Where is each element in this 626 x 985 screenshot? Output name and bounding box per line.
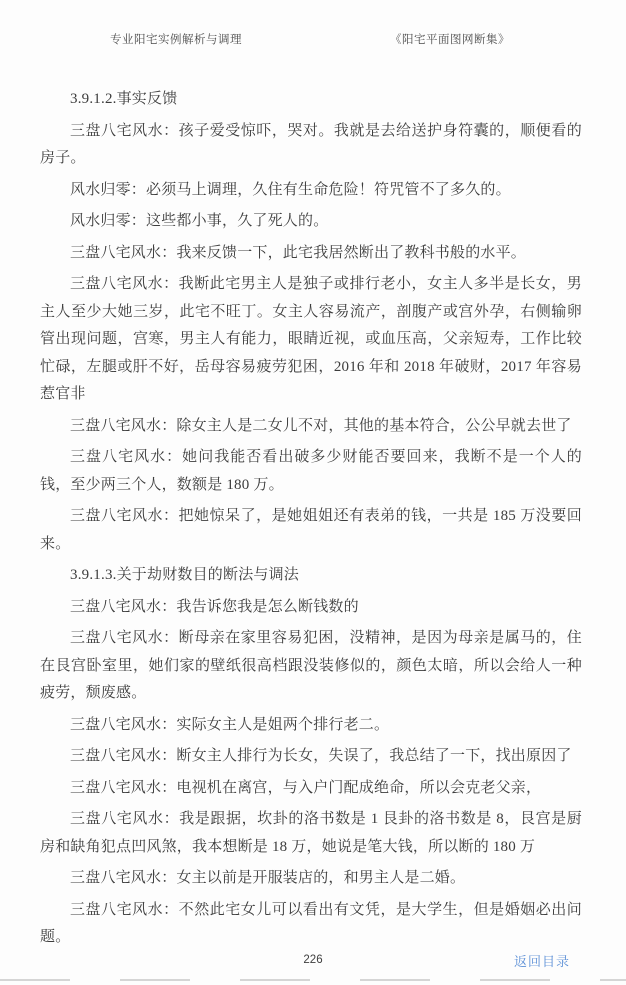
- page-header: 专业阳宅实例解析与调理 《阳宅平面图网断集》: [0, 31, 626, 47]
- section-heading-3-9-1-3: 3.9.1.3.关于劫财数目的断法与调法: [40, 562, 582, 590]
- paragraph: 风水归零：必须马上调理，久住有生命危险！符咒管不了多久的。: [40, 177, 582, 205]
- document-body: 3.9.1.2.事实反馈 三盘八宅风水：孩子爱受惊吓，哭对。我就是去给送护身符囊…: [40, 86, 582, 956]
- paragraph: 三盘八宅风水：我告诉您我是怎么断钱数的: [40, 594, 582, 622]
- paragraph: 三盘八宅风水：电视机在离宫，与入户门配成绝命，所以会克老父亲，: [40, 775, 582, 803]
- paragraph: 三盘八宅风水：不然此宅女儿可以看出有文凭，是大学生，但是婚姻必出问题。: [40, 897, 582, 952]
- back-to-toc-link[interactable]: 返回目录: [514, 951, 570, 970]
- paragraph: 三盘八宅风水：我来反馈一下，此宅我居然断出了教科书般的水平。: [40, 240, 582, 268]
- paragraph: 三盘八宅风水：我是跟据，坎卦的洛书数是 1 艮卦的洛书数是 8，艮宫是厨房和缺角…: [40, 806, 582, 861]
- paragraph: 三盘八宅风水：把她惊呆了，是她姐姐还有表弟的钱，一共是 185 万没要回来。: [40, 503, 582, 558]
- paragraph: 三盘八宅风水：实际女主人是姐两个排行老二。: [40, 712, 582, 740]
- paragraph: 风水归零：这些都小事，久了死人的。: [40, 208, 582, 236]
- paragraph: 三盘八宅风水：断女主人排行为长女，失误了，我总结了一下，找出原因了: [40, 743, 582, 771]
- paragraph: 三盘八宅风水：除女主人是二女儿不对，其他的基本符合，公公早就去世了: [40, 413, 582, 441]
- paragraph: 三盘八宅风水：她问我能否看出破多少财能否要回来，我断不是一个人的钱，至少两三个人…: [40, 444, 582, 499]
- section-heading-3-9-1-2: 3.9.1.2.事实反馈: [40, 86, 582, 114]
- paragraph: 三盘八宅风水：女主以前是开服装店的，和男主人是二婚。: [40, 865, 582, 893]
- paragraph: 三盘八宅风水：孩子爱受惊吓，哭对。我就是去给送护身符囊的，顺便看的房子。: [40, 118, 582, 173]
- header-right-title: 《阳宅平面图网断集》: [390, 31, 510, 47]
- paragraph: 三盘八宅风水：我断此宅男主人是独子或排行老小，女主人多半是长女，男主人至少大她三…: [40, 271, 582, 409]
- paragraph: 三盘八宅风水：断母亲在家里容易犯困，没精神，是因为母亲是属马的，住在艮宫卧室里，…: [40, 625, 582, 708]
- header-left-title: 专业阳宅实例解析与调理: [110, 31, 242, 47]
- document-page: 专业阳宅实例解析与调理 《阳宅平面图网断集》 3.9.1.2.事实反馈 三盘八宅…: [0, 0, 626, 985]
- page-bottom-edge: [0, 979, 626, 981]
